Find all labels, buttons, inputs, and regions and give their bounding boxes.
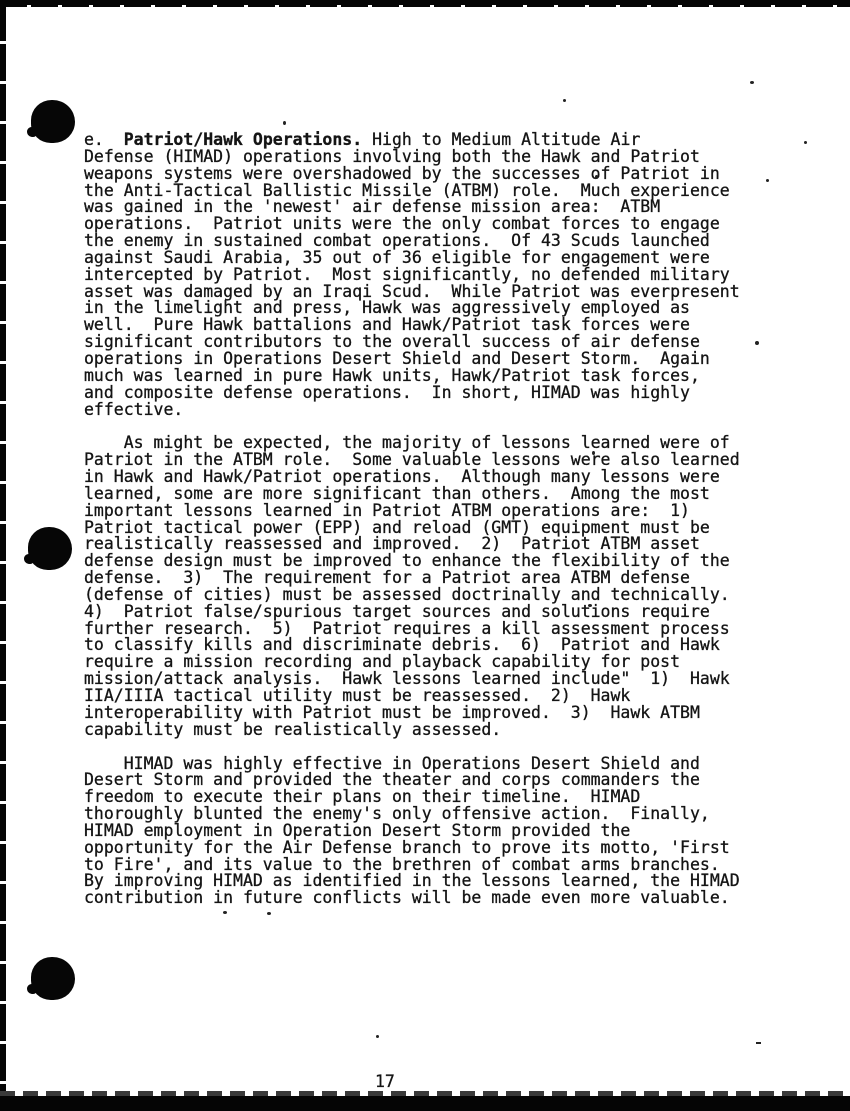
scan-speck <box>283 121 286 125</box>
scan-edge-bottom-fray <box>0 1091 850 1096</box>
scanned-page: e. Patriot/Hawk Operations. High to Medi… <box>0 0 850 1111</box>
scan-edge-left <box>0 4 6 1098</box>
scan-speck <box>750 81 754 84</box>
hole-punch-top <box>31 100 75 143</box>
hole-punch-bottom <box>31 957 75 1000</box>
scan-speck <box>592 451 595 455</box>
scan-speck <box>563 99 566 102</box>
scan-speck <box>223 911 227 914</box>
page-number: 17 <box>375 1074 395 1091</box>
scan-edge-bottom <box>0 1096 850 1111</box>
scan-speck <box>804 141 807 144</box>
hole-punch-middle <box>28 527 72 570</box>
scan-speck <box>766 179 769 182</box>
scan-speck <box>755 341 759 345</box>
paragraph-patriot-hawk-operations: e. Patriot/Hawk Operations. High to Medi… <box>84 132 740 418</box>
scan-speck <box>595 175 598 179</box>
scan-edge-top-fray <box>0 0 850 7</box>
scan-speck <box>267 912 271 915</box>
paragraph-lessons-learned: As might be expected, the majority of le… <box>84 435 740 738</box>
paragraph-text: High to Medium Altitude Air Defense (HIM… <box>84 130 740 419</box>
scan-speck <box>756 1042 761 1044</box>
document-body: e. Patriot/Hawk Operations. High to Medi… <box>84 132 740 907</box>
scan-edge-top <box>0 0 850 5</box>
scan-speck <box>588 604 592 607</box>
scan-speck <box>376 1035 379 1038</box>
paragraph-himad-effectiveness: HIMAD was highly effective in Operations… <box>84 756 740 908</box>
